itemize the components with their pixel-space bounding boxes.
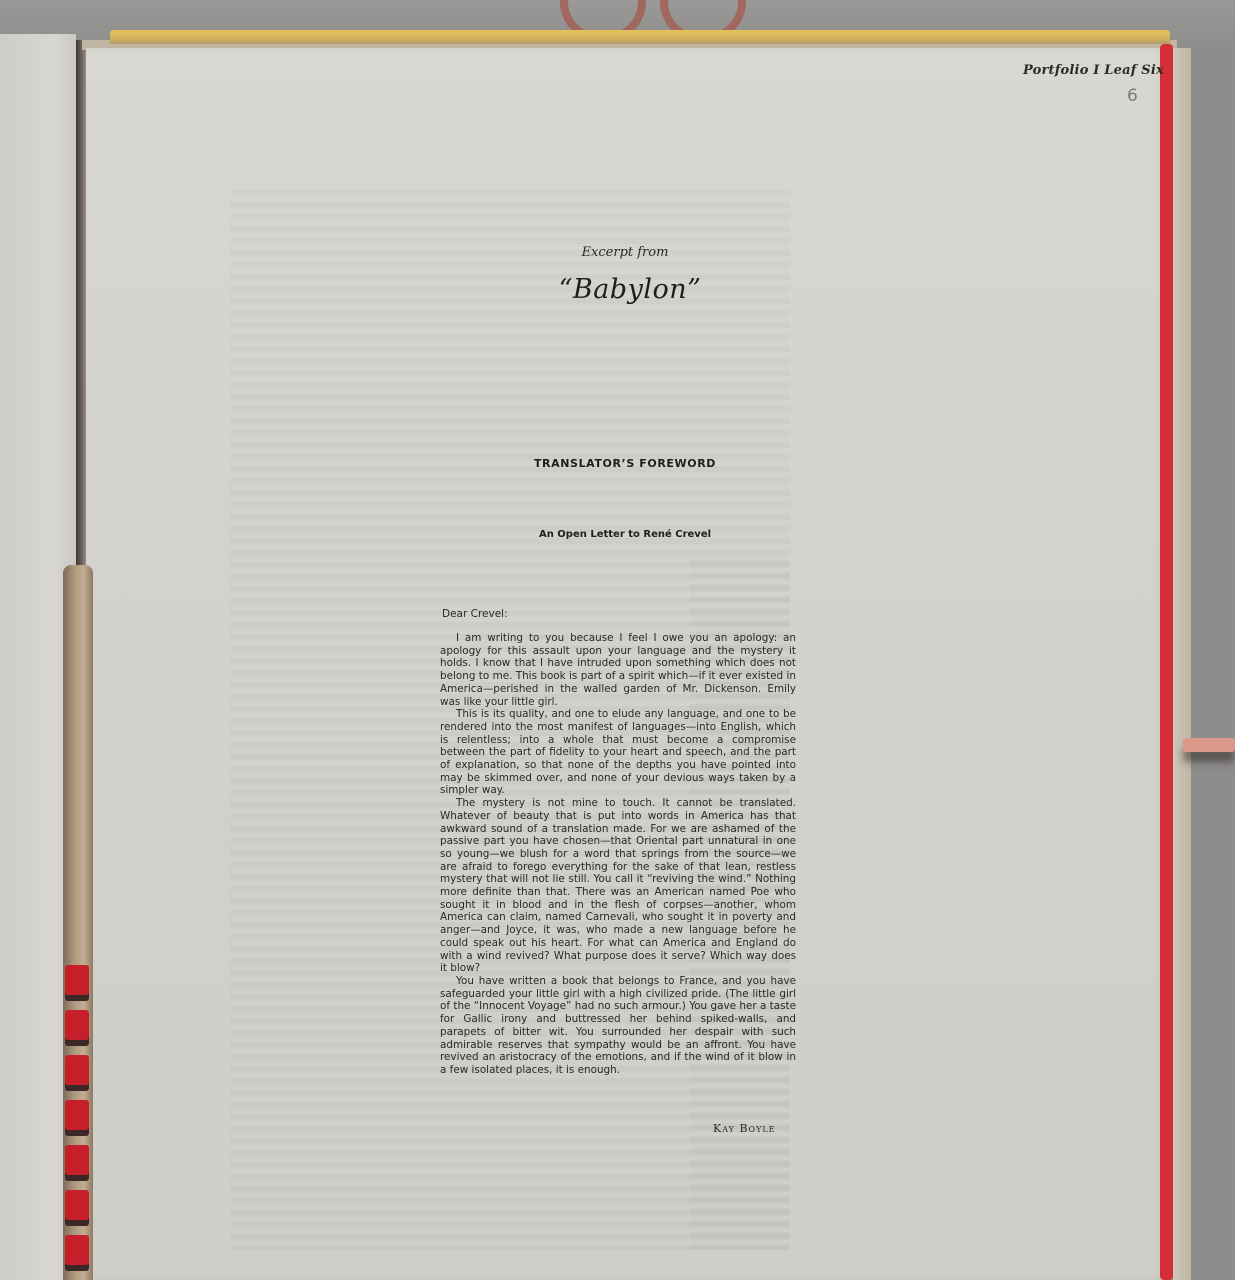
cord-wrap: [65, 1235, 89, 1265]
excerpt-label: Excerpt from: [560, 245, 690, 260]
cord-wrap: [65, 1145, 89, 1175]
paragraph: You have written a book that belongs to …: [440, 975, 796, 1077]
page-stack-right: [1173, 48, 1191, 1280]
section-heading: TRANSLATOR’S FOREWORD: [480, 457, 770, 470]
binding-cord: [63, 565, 93, 1280]
cord-wrap: [65, 1055, 89, 1085]
paragraph: The mystery is not mine to touch. It can…: [440, 797, 796, 975]
cord-wrap: [65, 1010, 89, 1040]
cord-wrap: [65, 965, 89, 995]
salutation: Dear Crevel:: [442, 608, 508, 620]
ribbon-tie-right: [1183, 738, 1235, 752]
letter-subheading: An Open Letter to René Crevel: [480, 529, 770, 540]
red-page-edge: [1160, 44, 1173, 1280]
letter-body: I am writing to you because I feel I owe…: [440, 632, 796, 1077]
portfolio-header: Portfolio I Leaf Six: [1023, 63, 1164, 78]
signature: Kay Boyle: [713, 1122, 776, 1135]
gilt-top-edge: [110, 30, 1170, 44]
document-title: “Babylon”: [540, 274, 720, 305]
cord-wrap: [65, 1100, 89, 1130]
paragraph: I am writing to you because I feel I owe…: [440, 632, 796, 708]
handwritten-leaf-number: 6: [1127, 86, 1138, 106]
paragraph: This is its quality, and one to elude an…: [440, 708, 796, 797]
cord-wrap: [65, 1190, 89, 1220]
